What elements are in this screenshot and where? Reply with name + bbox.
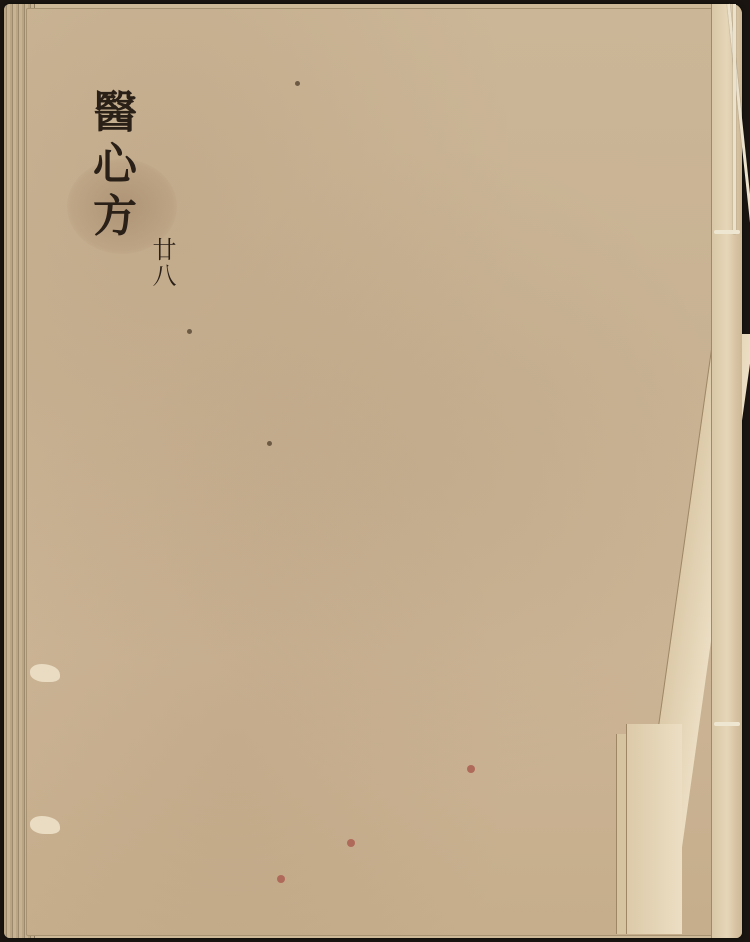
book-photo-scene: 醫 心 方 廿八 bbox=[0, 0, 750, 942]
torn-paper-patch bbox=[30, 816, 60, 834]
title-char-2: 心 bbox=[93, 139, 137, 191]
book: 醫 心 方 廿八 bbox=[4, 4, 742, 938]
title-char-3: 方 bbox=[93, 191, 137, 243]
title-char-1: 醫 bbox=[93, 87, 137, 139]
binding-edge-right bbox=[711, 4, 742, 938]
ink-spot bbox=[295, 81, 300, 86]
book-cover: 醫 心 方 廿八 bbox=[26, 8, 718, 936]
ink-spot bbox=[187, 329, 192, 334]
red-spot bbox=[277, 875, 285, 883]
red-spot bbox=[347, 839, 355, 847]
torn-paper-patch bbox=[30, 664, 60, 682]
binding-thread-knot bbox=[714, 230, 740, 234]
binding-thread bbox=[733, 4, 736, 234]
torn-page-layer bbox=[626, 724, 682, 934]
title-label: 醫 心 方 bbox=[93, 87, 137, 243]
binding-thread-knot bbox=[714, 722, 740, 726]
red-spot bbox=[467, 765, 475, 773]
volume-number: 廿八 bbox=[145, 237, 180, 289]
ink-spot bbox=[267, 441, 272, 446]
